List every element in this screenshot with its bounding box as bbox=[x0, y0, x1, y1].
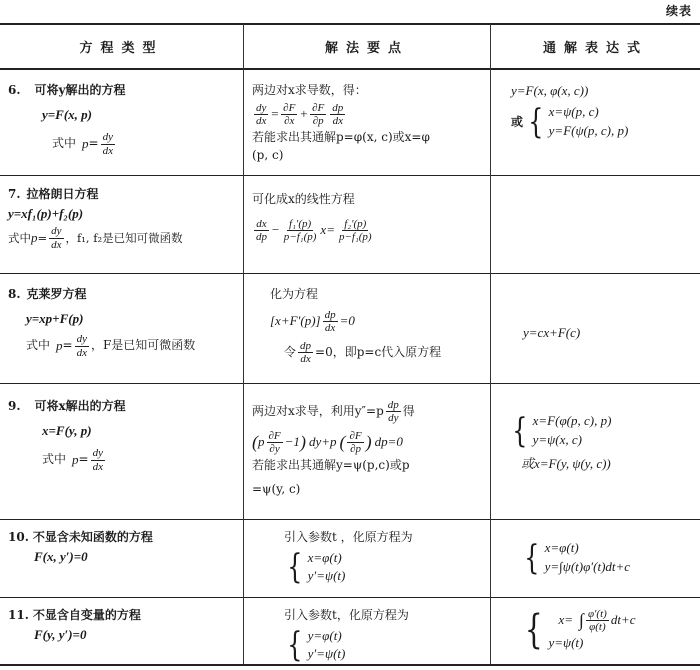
fraction-dy-dx: dydx bbox=[101, 131, 115, 156]
type-equation: F(x, y′)=0 bbox=[8, 549, 235, 566]
type-title: 可将x解出的方程 bbox=[35, 399, 126, 415]
row-8-type: 8.克莱罗方程 y=xp+F(p) 式中 p= dydx ，F是已知可微函数 bbox=[0, 280, 243, 366]
row-number: 11. bbox=[8, 608, 29, 624]
type-equation: y=F(x, p) bbox=[8, 107, 235, 124]
row-number: 8. bbox=[8, 287, 21, 303]
row-9-method: 两边对x求导，利用y″=p dpdy 得 (p ∂F∂y −1) dy+p ( … bbox=[244, 392, 490, 505]
type-title: 拉格朗日方程 bbox=[27, 187, 99, 203]
type-equation: F(y, y′)=0 bbox=[8, 627, 235, 644]
brace-icon: { bbox=[525, 610, 543, 650]
where-prefix: 式中 bbox=[26, 338, 50, 354]
row-divider bbox=[0, 519, 700, 520]
type-title: 可将y解出的方程 bbox=[35, 83, 126, 99]
system-line: x=φ(t) bbox=[545, 540, 630, 557]
row-10-solution: { x=φ(t) y=∫ψ(t)φ′(t)dt+c bbox=[491, 535, 700, 581]
method-text: 若能求出其通解y=ψ(p,c)或p bbox=[252, 458, 482, 474]
type-where: 式中 p= dydx bbox=[8, 447, 235, 472]
brace-icon: { bbox=[524, 541, 539, 575]
header-bottom-border bbox=[0, 68, 700, 70]
method-text: 引入参数t ，化原方程为 bbox=[284, 530, 482, 546]
system-line: y′=ψ(t) bbox=[308, 568, 346, 585]
row-6-solution: y=F(x, φ(x, c)) 或 { x=ψ(p, c) y=F(ψ(p, c… bbox=[491, 76, 700, 145]
row-8-method: 化为方程 [x+F′(p)] dpdx =0 令 dpdx =0，即p=c代入原… bbox=[244, 280, 490, 372]
method-text: =ψ(y, c) bbox=[252, 482, 482, 498]
row-number: 7. bbox=[8, 187, 21, 203]
row-number: 9. bbox=[8, 399, 21, 415]
type-equation: y=xf₁(p)+f₂(p) bbox=[8, 206, 235, 223]
row-9-type: 9.可将x解出的方程 x=F(y, p) 式中 p= dydx bbox=[0, 392, 243, 480]
system-line: x=φ(t) bbox=[308, 550, 346, 567]
solution-equation: y=F(x, φ(x, c)) bbox=[511, 83, 692, 100]
solution-equation: 或x=F(y, ψ(y, c)) bbox=[509, 456, 692, 473]
row-divider bbox=[0, 273, 700, 274]
type-title: 不显含自变量的方程 bbox=[33, 608, 141, 624]
row-11-solution: { x= ∫ φ′(t)φ(t) dt+c y=ψ(t) bbox=[491, 603, 700, 657]
row-7-type: 7.拉格朗日方程 y=xf₁(p)+f₂(p) 式中 p= dydx ，f₁, … bbox=[0, 180, 243, 258]
row-9-solution: { x=F(φ(p, c), p) y=ψ(x, c) 或x=F(y, ψ(y,… bbox=[491, 408, 700, 480]
system-line: x= ∫ φ′(t)φ(t) dt+c bbox=[548, 608, 635, 633]
row-number: 10. bbox=[8, 530, 29, 546]
row-10-method: 引入参数t ，化原方程为 { x=φ(t) y′=ψ(t) bbox=[244, 523, 490, 590]
solution-equation: y=cx+F(c) bbox=[523, 325, 692, 342]
row-7-method: 可化成x的线性方程 dxdp− f₁′(p)p−f₁(p) x= f₂′(p)p… bbox=[244, 185, 490, 250]
type-title: 克莱罗方程 bbox=[27, 287, 87, 303]
method-text: 引入参数t，化原方程为 bbox=[284, 608, 482, 624]
system-line: y=ψ(t) bbox=[548, 635, 635, 652]
row-divider bbox=[0, 175, 700, 176]
continued-label: 续表 bbox=[666, 2, 692, 19]
method-equation: dydx= ∂F∂x+ ∂F∂p dpdx bbox=[252, 102, 482, 127]
where-prefix: 式中 bbox=[8, 231, 31, 246]
brace-icon: { bbox=[528, 105, 543, 139]
system-line: y=ψ(x, c) bbox=[533, 432, 612, 449]
brace-icon: { bbox=[287, 628, 302, 662]
method-text: 令 dpdx =0，即p=c代入原方程 bbox=[270, 340, 482, 365]
brace-icon: { bbox=[512, 414, 527, 448]
row-6-method: 两边对x求导数，得： dydx= ∂F∂x+ ∂F∂p dpdx 若能求出其通解… bbox=[244, 76, 490, 171]
header-general-solution: 通解表达式 bbox=[491, 24, 700, 68]
method-equation: (p ∂F∂y −1) dy+p ( ∂F∂p ) dp=0 bbox=[252, 430, 482, 455]
row-10-type: 10.不显含未知函数的方程 F(x, y′)=0 bbox=[0, 523, 243, 572]
system-line: x=ψ(p, c) bbox=[549, 104, 629, 121]
where-prefix: 式中 bbox=[42, 452, 66, 468]
brace-icon: { bbox=[287, 550, 302, 584]
header-solution-method: 解法要点 bbox=[244, 24, 490, 68]
system-line: y=φ(t) bbox=[308, 628, 346, 645]
method-text: (p, c) bbox=[252, 148, 482, 164]
row-6-type: 6.可将y解出的方程 y=F(x, p) 式中 p= dydx bbox=[0, 76, 243, 164]
where-prefix: 式中 bbox=[52, 136, 76, 152]
row-11-method: 引入参数t，化原方程为 { y=φ(t) y′=ψ(t) bbox=[244, 601, 490, 668]
type-note: ，F是已知可微函数 bbox=[91, 338, 195, 354]
type-note: ，f₁, f₂是已知可微函数 bbox=[66, 231, 183, 246]
method-equation: dxdp− f₁′(p)p−f₁(p) x= f₂′(p)p−f₁(p) bbox=[252, 218, 482, 243]
row-11-type: 11.不显含自变量的方程 F(y, y′)=0 bbox=[0, 601, 243, 650]
method-text: 两边对x求导，利用y″=p dpdy 得 bbox=[252, 399, 482, 424]
or-label: 或 bbox=[511, 113, 523, 130]
header-equation-type: 方程类型 bbox=[0, 24, 243, 68]
type-title: 不显含未知函数的方程 bbox=[33, 530, 153, 546]
type-where: 式中 p= dydx ，f₁, f₂是已知可微函数 bbox=[8, 225, 235, 250]
method-equation: [x+F′(p)] dpdx =0 bbox=[270, 309, 482, 334]
row-divider bbox=[0, 383, 700, 384]
type-where: 式中 p= dydx bbox=[8, 131, 235, 156]
row-number: 6. bbox=[8, 83, 21, 99]
type-where: 式中 p= dydx ，F是已知可微函数 bbox=[8, 333, 235, 358]
method-text: 可化成x的线性方程 bbox=[252, 192, 482, 208]
method-text: 若能求出其通解p=φ(x, c)或x=φ bbox=[252, 130, 482, 146]
system-line: y=F(ψ(p, c), p) bbox=[549, 123, 629, 140]
type-equation: x=F(y, p) bbox=[8, 423, 235, 440]
system-line: x=F(φ(p, c), p) bbox=[533, 413, 612, 430]
type-equation: y=xp+F(p) bbox=[8, 311, 235, 328]
row-divider bbox=[0, 597, 700, 598]
system-line: y′=ψ(t) bbox=[308, 646, 346, 663]
row-7-solution bbox=[491, 180, 700, 188]
method-text: 两边对x求导数，得： bbox=[252, 83, 482, 99]
method-text: 化为方程 bbox=[270, 287, 482, 303]
row-8-solution: y=cx+F(c) bbox=[491, 318, 700, 349]
system-line: y=∫ψ(t)φ′(t)dt+c bbox=[545, 559, 630, 576]
